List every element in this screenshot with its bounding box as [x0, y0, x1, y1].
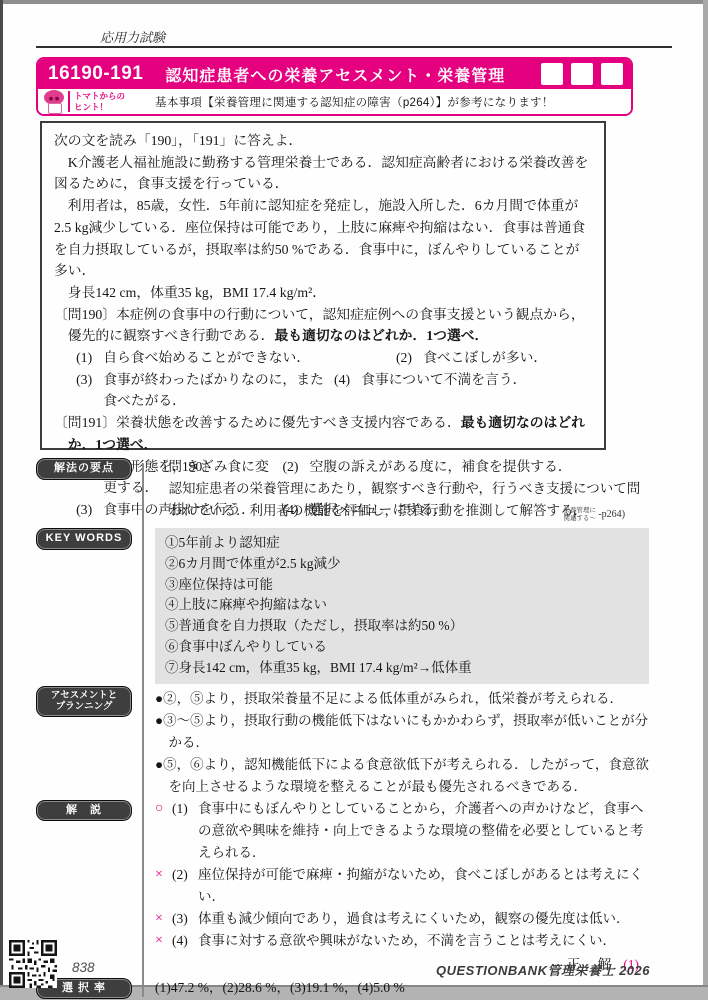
progress-checkboxes: [541, 63, 623, 85]
keyword-item: ⑥食事中ぼんやりしている: [165, 637, 639, 658]
assessment-badge: アセスメントとプランニング: [36, 686, 132, 718]
kaiho-row: 解法の要点 〔問190〕 認知症患者の栄養管理にあたり，観察すべき行動や，行うべ…: [36, 456, 649, 526]
qr-code: [9, 940, 57, 988]
hint-bar: トマトからの ヒント！ 基本事項【栄養管理に関連する認知症の障害（p264）】が…: [38, 89, 631, 114]
kaisetsu-item-1: ○ (1) 食事中にもぼんやりとしていることから，介護者への声かけなど，食事への…: [155, 798, 649, 864]
hint-label-line2: ヒント！: [74, 102, 108, 112]
sentakuritsu-row: 選 択 率 (1)47.2 %，(2)28.6 %，(3)19.1 %，(4)5…: [36, 976, 649, 1000]
q190-option-1: (1)自ら食べ始めることができない．: [76, 347, 396, 369]
book-title: QUESTIONBANK管理栄養士 2026: [436, 960, 650, 979]
q190-stem: 〔問190〕本症例の食事中の行動について，認知症症例への食事支援という観点から，…: [54, 304, 592, 347]
kaisetsu-item-3: × (3) 体重も減少傾向であり，過食は考えにくいため，観察の優先度は低い．: [155, 908, 649, 930]
wrong-mark: ×: [155, 930, 172, 952]
q191-label: 〔問191〕: [54, 415, 116, 430]
q190-options-row-2: (3)食事が終わったばかりなのに，また食べたがる． (4)食事について不満を言う…: [76, 369, 592, 412]
q190-option-2: (2)食べこぼしが多い．: [396, 347, 547, 369]
hint-source-label: トマトからの ヒント！: [68, 91, 125, 111]
hint-label-line1: トマトからの: [74, 91, 125, 101]
correct-mark: ○: [155, 798, 172, 864]
keyword-item: ②6カ月間で体重が2.5 kg減少: [165, 554, 639, 575]
tomato-mascot-icon: [43, 90, 65, 114]
assessment-bullet: ●⑤，⑥より，認知機能低下による食意欲低下が考えられる．したがって，食意欲を向上…: [155, 754, 649, 798]
case-paragraph-1: K介護老人福祉施設に勤務する管理栄養士である．認知症高齢者における栄養改善を図る…: [54, 152, 592, 195]
page-number: 838: [72, 960, 95, 975]
study-section: 解法の要点 〔問190〕 認知症患者の栄養管理にあたり，観察すべき行動や，行うべ…: [36, 456, 649, 999]
keywords-badge: KEY WORDS: [36, 528, 132, 550]
q190-option-4: (4)食事について不満を言う．: [334, 369, 526, 412]
keyword-item: ④上肢に麻痺や拘縮はない: [165, 595, 639, 616]
keyword-item: ③座位保持は可能: [165, 575, 639, 596]
assessment-row: アセスメントとプランニング ●②，⑤より，摂取栄養量不足による低体重がみられ，低…: [36, 684, 649, 798]
question-box: 次の文を読み「190」，「191」に答えよ． K介護老人福祉施設に勤務する管理栄…: [40, 121, 606, 450]
q191-stem: 〔問191〕栄養状態を改善するために優先すべき支援内容である．最も適切なのはどれ…: [54, 412, 592, 455]
section-label: 応用力試験: [100, 27, 165, 46]
q190-option-3: (3)食事が終わったばかりなのに，また食べたがる．: [76, 369, 334, 412]
keyword-item: ①5年前より認知症: [165, 533, 639, 554]
kaiho-heading: 〔問190〕: [155, 456, 649, 478]
question-lead: 次の文を読み「190」，「191」に答えよ．: [54, 130, 592, 152]
question-title: 認知症患者への栄養アセスメント・栄養管理: [165, 63, 541, 86]
assessment-bullet: ●②，⑤より，摂取栄養量不足による低体重がみられ，低栄養が考えられる．: [155, 688, 649, 710]
kaisetsu-row: 解 説 ○ (1) 食事中にもぼんやりとしていることから，介護者への声かけなど，…: [36, 798, 649, 976]
kaiho-text: 認知症患者の栄養管理にあたり，観察すべき行動や，行うべき支援について問われている…: [155, 478, 649, 526]
question-id: 16190-191: [48, 63, 143, 85]
wrong-mark: ×: [155, 908, 172, 930]
kaisetsu-item-4: × (4) 食事に対する意欲や興味がないため，不満を言うことは考えにくい．: [155, 930, 649, 952]
question-banner: 16190-191 認知症患者への栄養アセスメント・栄養管理 トマトからの ヒン…: [36, 57, 633, 116]
keywords-row: KEY WORDS ①5年前より認知症 ②6カ月間で体重が2.5 kg減少 ③座…: [36, 526, 649, 684]
banner-title-bar: 16190-191 認知症患者への栄養アセスメント・栄養管理: [38, 59, 631, 89]
keywords-box: ①5年前より認知症 ②6カ月間で体重が2.5 kg減少 ③座位保持は可能 ④上肢…: [155, 528, 649, 684]
checkbox-3[interactable]: [601, 63, 623, 85]
photo-edge-top: [0, 0, 708, 4]
case-stats: 身長142 cm，体重35 kg，BMI 17.4 kg/m²．: [54, 282, 592, 304]
keyword-item: ⑦身長142 cm，体重35 kg，BMI 17.4 kg/m²→低体重: [165, 658, 639, 679]
kaisetsu-item-2: × (2) 座位保持が可能で麻痺・拘縮がないため，食べこぼしがあるとは考えにくい…: [155, 864, 649, 908]
q190-label: 〔問190〕: [54, 307, 116, 322]
book-page: 応用力試験 16190-191 認知症患者への栄養アセスメント・栄養管理 トマト…: [0, 0, 708, 1000]
selection-rates: (1)47.2 %，(2)28.6 %，(3)19.1 %，(4)5.0 %: [142, 976, 649, 999]
case-paragraph-2: 利用者は，85歳，女性．5年前に認知症を発症し，施設入所した．6カ月間で体重が2…: [54, 195, 592, 282]
photo-edge-left: [0, 0, 3, 1000]
checkbox-1[interactable]: [541, 63, 563, 85]
kaiho-badge: 解法の要点: [36, 458, 132, 480]
kaisetsu-badge: 解 説: [36, 800, 132, 822]
header-rule: [36, 46, 672, 48]
page-reference: (栄養管理に関連する〜 -p264): [587, 504, 625, 526]
wrong-mark: ×: [155, 864, 172, 908]
assessment-bullet: ●③〜⑤より，摂取行動の機能低下はないにもかかわらず，摂取率が低いことが分かる．: [155, 710, 649, 754]
column-divider: [142, 464, 144, 997]
photo-edge-right: [703, 0, 708, 1000]
checkbox-2[interactable]: [571, 63, 593, 85]
keyword-item: ⑤普通食を自力摂取（ただし，摂取率は約50 %）: [165, 616, 639, 637]
hint-text: 基本事項【栄養管理に関連する認知症の障害（p264）】が参考になります！: [155, 94, 554, 110]
q190-options-row-1: (1)自ら食べ始めることができない． (2)食べこぼしが多い．: [76, 347, 592, 369]
